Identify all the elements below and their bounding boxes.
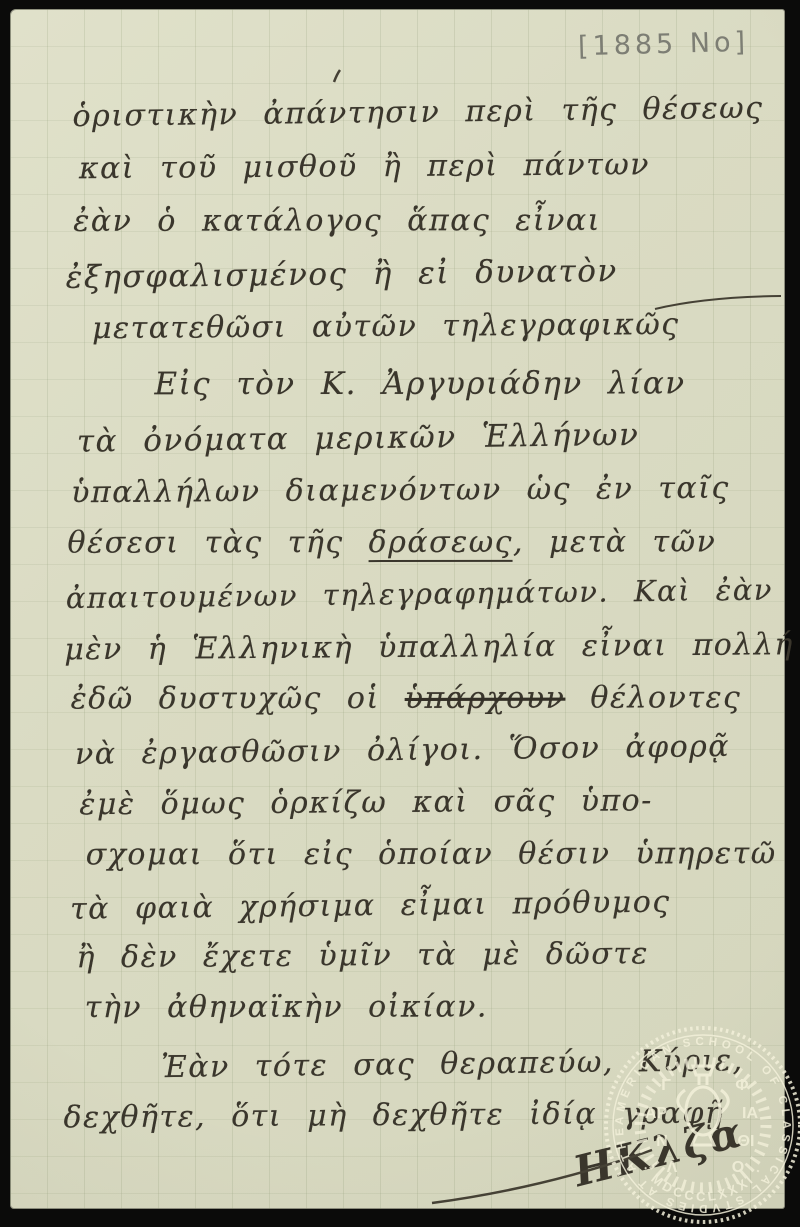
handwriting-segment: ἢ δὲν ἔχετε ὑμῖν τὰ μὲ δῶστε [76, 936, 649, 975]
handwritten-line: ἐδῶ δυστυχῶς οἱ ὑπάρχουν θέλοντες [71, 680, 742, 716]
handwritten-body: ὁριστικὴν ἀπάντησιν περὶ τῆς θέσεωςκαὶ τ… [6, 6, 789, 1211]
handwriting-segment: ὑπαλλήλων διαμενόντων ὡς ἐν ταῖς [71, 471, 730, 511]
handwriting-segment: σχομαι ὅτι εἰς ὁποίαν θέσιν ὑπηρετῶ [86, 836, 777, 872]
handwritten-line: τὰ φαιὰ χρήσιμα εἶμαι πρόθυμος [70, 885, 671, 927]
closing-line: δεχθῆτε, ὅτι μὴ δεχθῆτε ἰδίᾳ γραφῇ [63, 1096, 724, 1136]
handwritten-line: τὴν ἀθηναϊκὴν οἰκίαν. [85, 989, 488, 1025]
handwritten-line: ὁριστικὴν ἀπάντησιν περὶ τῆς θέσεως [72, 91, 763, 134]
struck-word: ὑπάρχουν [405, 681, 566, 716]
handwriting-segment: Εἰς τὸν Κ. Ἀργυριάδην λίαν [154, 365, 685, 402]
handwriting-segment: τὴν ἀθηναϊκὴν οἰκίαν. [85, 989, 488, 1025]
handwritten-line: μὲν ἡ Ἑλληνικὴ ὑπαλληλία εἶναι πολλή [64, 627, 794, 667]
handwritten-line: ἐὰν ὁ κατάλογος ἅπας εἶναι [73, 203, 601, 239]
handwritten-line: Εἰς τὸν Κ. Ἀργυριάδην λίαν [154, 365, 685, 402]
handwriting-segment: ὁριστικὴν ἀπάντησιν περὶ τῆς θέσεως [72, 91, 763, 134]
handwritten-line: νὰ ἐργασθῶσιν ὀλίγοι. Ὅσον ἀφορᾷ [75, 729, 730, 772]
handwriting-segment: ἀπαιτουμένων τηλεγραφημάτων. Καὶ ἐὰν [66, 573, 773, 616]
handwriting-segment: καὶ τοῦ μισθοῦ ἢ περὶ πάντων [79, 147, 650, 186]
handwriting-segment: θέλοντες [565, 680, 741, 715]
handwritten-line: μετατεθῶσι αὐτῶν τηλεγραφικῶς [92, 307, 680, 346]
handwriting-segment: νὰ ἐργασθῶσιν ὀλίγοι. Ὅσον ἀφορᾷ [75, 729, 730, 772]
handwriting-segment: δράσεως [369, 525, 513, 562]
handwritten-line: τὰ ὀνόματα μερικῶν Ἑλλήνων [77, 417, 640, 460]
handwritten-line: ἢ δὲν ἔχετε ὑμῖν τὰ μὲ δῶστε [76, 936, 649, 975]
handwritten-line: ὑπαλλήλων διαμενόντων ὡς ἐν ταῖς [71, 471, 730, 511]
handwriting-segment: θέσεσι τὰς τῆς [68, 525, 369, 561]
paper-sheet: [1885 Νο] ὁριστικὴν ἀπάντησιν περὶ τῆς θ… [10, 9, 785, 1209]
handwriting-segment: μετατεθῶσι αὐτῶν τηλεγραφικῶς [92, 307, 680, 346]
handwritten-line: θέσεσι τὰς τῆς δράσεως, μετὰ τῶν [68, 524, 717, 560]
handwriting-segment: τὰ φαιὰ χρήσιμα εἶμαι πρόθυμος [70, 885, 671, 927]
handwritten-line: ἐμὲ ὅμως ὁρκίζω καὶ σᾶς ὑπο- [79, 783, 653, 822]
handwritten-line: σχομαι ὅτι εἰς ὁποίαν θέσιν ὑπηρετῶ [86, 836, 777, 872]
scanned-letter-page: [1885 Νο] ὁριστικὴν ἀπάντησιν περὶ τῆς θ… [0, 0, 800, 1227]
handwriting-segment: ἐδῶ δυστυχῶς οἱ [71, 681, 405, 717]
handwriting-segment: ἐὰν ὁ κατάλογος ἅπας εἶναι [73, 203, 601, 239]
handwriting-segment: ἐμὲ ὅμως ὁρκίζω καὶ σᾶς ὑπο- [79, 783, 653, 822]
handwriting-segment: τὰ ὀνόματα μερικῶν Ἑλλήνων [77, 417, 640, 460]
handwritten-line: ἀπαιτουμένων τηλεγραφημάτων. Καὶ ἐὰν [66, 573, 773, 616]
handwriting-segment: , μετὰ τῶν [513, 524, 716, 559]
handwritten-line: ἐξησφαλισμένος ἢ εἰ δυνατὸν [65, 253, 617, 296]
handwritten-line: καὶ τοῦ μισθοῦ ἢ περὶ πάντων [79, 147, 650, 186]
handwriting-segment: Ἐὰν τότε σας θεραπεύω, Κύριε, [161, 1043, 744, 1085]
closing-line: Ἐὰν τότε σας θεραπεύω, Κύριε, [161, 1043, 744, 1085]
handwriting-segment: ἐξησφαλισμένος ἢ εἰ δυνατὸν [65, 253, 617, 296]
handwriting-segment: μὲν ἡ Ἑλληνικὴ ὑπαλληλία εἶναι πολλή [64, 627, 794, 667]
handwriting-segment: δεχθῆτε, ὅτι μὴ δεχθῆτε ἰδίᾳ γραφῇ [63, 1096, 724, 1136]
